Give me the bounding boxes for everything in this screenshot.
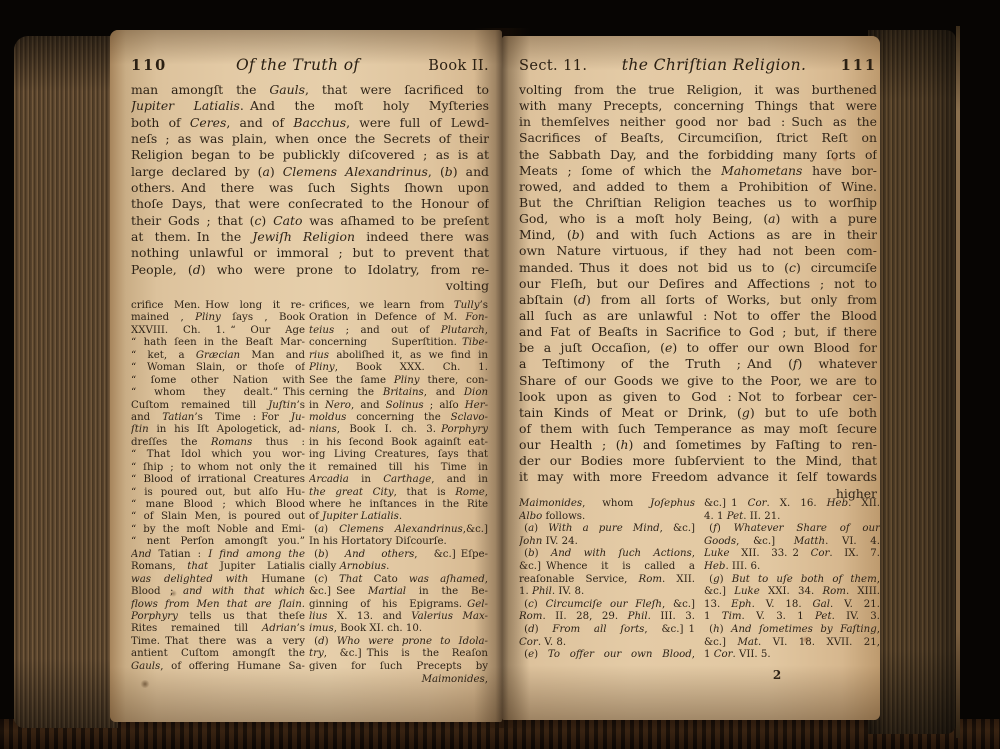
text-line: cially Arnobius.	[309, 561, 488, 573]
left-main-text: man amongſt the Gauls, that were ſacrifi…	[131, 82, 489, 278]
text-line: Romans, that Jupiter Latialis	[131, 561, 305, 573]
text-line: the great City, that is Rome,	[309, 487, 488, 499]
text-line: Share of our Goods we give to the Poor, …	[519, 373, 877, 389]
text-line: &c.] See Martial in the Be-	[309, 586, 488, 598]
text-line: in his ſecond Book againſt eat-	[309, 437, 488, 449]
text-line: imus, Book XI. ch. 10.	[309, 623, 488, 635]
text-line: all ſuch as are unlawful : Not to offer …	[519, 308, 877, 324]
text-line: nians, Book I. ch. 3. Porphyry	[309, 424, 488, 436]
text-line: (c) That Cato was aſhamed,	[309, 574, 488, 586]
text-line: own Nature virtuous, if they had not bee…	[519, 243, 877, 259]
footnote-column-2: &c.] 1 Cor. X. 16. Heb. XII.4. 1 Pet. II…	[704, 498, 880, 662]
text-line: neſs ; as was plain, when once the Secre…	[131, 131, 489, 147]
text-line: both of Ceres, and of Bacchus, were full…	[131, 115, 489, 131]
footnote-column-1: Maimonides, whom JoſephusAlbo follows. (…	[519, 498, 695, 662]
footnote-column-2: crifices, we learn from Tully’sOration i…	[309, 300, 488, 673]
text-line: 1 Tim. V. 3. 1 Pet. IV. 3.	[704, 611, 880, 624]
text-line: Goods, &c.] Matth. VI. 4.	[704, 536, 880, 549]
text-line: Blood ; and with that which	[131, 586, 305, 598]
text-line: nothing unlawful or immoral ; but to pre…	[131, 245, 489, 261]
catchword: volting	[131, 278, 489, 293]
text-line: teius ; and out of Plutarch,	[309, 325, 488, 337]
text-line: (b) And with ſuch Actions,	[519, 548, 695, 561]
text-line: their Gods ; that (c) Cato was aſhamed t…	[131, 213, 489, 229]
text-line: Arcadia in Carthage, and in	[309, 474, 488, 486]
text-line: 4. 1 Pet. II. 21.	[704, 511, 880, 524]
text-line: reaſonable Service, Rom. XII.	[519, 574, 695, 587]
text-line: (h) And ſometimes by Faſting,	[704, 624, 880, 637]
text-line: our Health ; (h) and ſometimes by Faſtin…	[519, 437, 877, 453]
text-line: Gauls, of offering Humane Sa-	[131, 661, 305, 673]
text-line: tain Kinds of Meat or Drink, (g) but to …	[519, 405, 877, 421]
text-line: “ whom they dealt.” This	[131, 387, 305, 399]
text-line: “ by the moſt Noble and Emi-	[131, 524, 305, 536]
text-line: Mind, (b) and with ſuch Actions as are i…	[519, 227, 877, 243]
text-line: volting from the true Religion, it was b…	[519, 82, 877, 98]
text-line: “ hath ſeen in the Beaſt Mar-	[131, 337, 305, 349]
text-line: dreſſes the Romans thus :	[131, 437, 305, 449]
text-line: &c.] Mat. VI. 18. XVII. 21,	[704, 637, 880, 650]
text-line: Jupiter Latialis. And the moſt holy Myſt…	[131, 98, 489, 114]
text-line: (d) Who were prone to Idola-	[309, 636, 488, 648]
text-line: Rom. II. 28, 29. Phil. III. 3.	[519, 611, 695, 624]
text-line: large declared by (a) Clemens Alexandrin…	[131, 164, 489, 180]
text-line: given for ſuch Precepts by	[309, 661, 488, 673]
text-line: in Nero, and Solinus ; alſo Her-	[309, 400, 488, 412]
text-line: “ ſhip ; to whom not only the	[131, 462, 305, 474]
text-line: Albo follows.	[519, 511, 695, 524]
text-line: “ is poured out, but alſo Hu-	[131, 487, 305, 499]
right-page: Sect. 11. the Chriſtian Religion. 111 vo…	[502, 36, 880, 720]
text-line: antient Cuſtom amongſt the	[131, 648, 305, 660]
text-line: “ That Idol which you wor-	[131, 449, 305, 461]
text-line: crifice Men. How long it re-	[131, 300, 305, 312]
book-label: Book II.	[428, 58, 489, 74]
text-line: mained , Pliny ſays , Book	[131, 312, 305, 324]
text-line: Meats ; ſome of which the Mahometans hav…	[519, 163, 877, 179]
text-line: &c.] Whence it is called a	[519, 561, 695, 574]
text-line: be a juſt Occaſion, (e) to offer our own…	[519, 340, 877, 356]
text-line: it remained till his Time in	[309, 462, 488, 474]
text-line: “ ſome other Nation with	[131, 375, 305, 387]
running-title: Of the Truth of	[236, 56, 360, 74]
text-line: Sacrifices of Beaſts, Circumciſion, ſtri…	[519, 130, 877, 146]
page-number: 111	[841, 57, 877, 74]
text-line: “ ket, a Græcian Man and	[131, 350, 305, 362]
text-line: of Jupiter Latialis.	[309, 511, 488, 523]
text-line: And Tatian : I find among the	[131, 549, 305, 561]
text-line: ing Living Creatures, ſays that	[309, 449, 488, 461]
text-line: and Fat of Beaſts in Sacrifice to God ; …	[519, 324, 877, 340]
text-line: manded. Thus it does not bid us to (c) c…	[519, 260, 877, 276]
text-line: (d) From all ſorts, &c.] 1	[519, 624, 695, 637]
text-line: 1 Cor. VII. 5.	[704, 649, 880, 662]
text-line: moldus concerning the Sclavo-	[309, 412, 488, 424]
text-line: in themſelves neither good nor bad : Suc…	[519, 114, 877, 130]
text-line: at them. In the Jewiſh Religion indeed t…	[131, 229, 489, 245]
text-line: “ of Slain Men, is poured out	[131, 511, 305, 523]
text-line: of them with ſuch Temperance as may moſt…	[519, 421, 877, 437]
text-line: man amongſt the Gauls, that were ſacrifi…	[131, 82, 489, 98]
text-line: where he inſtances in the Rite	[309, 499, 488, 511]
text-line: others. And there was ſuch Sights ſhown …	[131, 180, 489, 196]
text-line: a Teſtimony of the Truth ; And (f) whate…	[519, 356, 877, 372]
text-line: Cor. V. 8.	[519, 637, 695, 650]
text-line: Heb. III. 6.	[704, 561, 880, 574]
footnote-catchword: Maimonides,	[309, 674, 488, 685]
text-line: ſtin in his Iſt Apologetick, ad-	[131, 424, 305, 436]
table-surface	[0, 719, 1000, 749]
text-line: But the Chriſtian Religion teaches us to…	[519, 195, 877, 211]
right-page-block-edges	[868, 30, 956, 734]
text-line: Time. That there was a very	[131, 636, 305, 648]
text-line: was delighted with Humane	[131, 574, 305, 586]
text-line: concerning Superſtition. Tibe-	[309, 337, 488, 349]
text-line: der our Bodies more ſubſervient to the M…	[519, 453, 877, 469]
left-page: 110 Of the Truth of Book II. man amongſt…	[110, 30, 502, 722]
right-page-header: Sect. 11. the Chriſtian Religion. 111	[519, 56, 877, 74]
left-page-header: 110 Of the Truth of Book II.	[131, 56, 489, 74]
text-line: (g) But to uſe both of them,	[704, 574, 880, 587]
text-line: abſtain (d) from all ſorts of Works, but…	[519, 292, 877, 308]
text-line: John IV. 24.	[519, 536, 695, 549]
footnote-column-1: crifice Men. How long it re-mained , Pli…	[131, 300, 305, 673]
text-line: (f) Whatever Share of our	[704, 523, 880, 536]
text-line: In his Hortatory Diſcourſe.	[309, 536, 488, 548]
text-line: flows from Men that are ſlain.	[131, 599, 305, 611]
text-line: Cuſtom remained till Juſtin’s	[131, 400, 305, 412]
text-line: (c) Circumciſe our Fleſh, &c.]	[519, 599, 695, 612]
text-line: 1. Phil. IV. 8.	[519, 586, 695, 599]
text-line: People, (d) who were prone to Idolatry, …	[131, 262, 489, 278]
text-line: &c.] Luke XXI. 34. Rom. XIII.	[704, 586, 880, 599]
text-line: look upon as given to God : Not to forbe…	[519, 389, 877, 405]
text-line: XXVIII. Ch. 1. “ Our Age	[131, 325, 305, 337]
text-line: Porphyry tells us that theſe	[131, 611, 305, 623]
text-line: God, who is a moſt holy Being, (a) with …	[519, 211, 877, 227]
text-line: thoſe Days, that were conſecrated to the…	[131, 196, 489, 212]
stain-spot	[140, 680, 150, 688]
text-line: Religion began to be publickly diſcovere…	[131, 147, 489, 163]
text-line: Pliny, Book XXX. Ch. 1.	[309, 362, 488, 374]
text-line: “ Blood of irrational Creatures	[131, 474, 305, 486]
text-line: and Tatian’s Time : For Ju-	[131, 412, 305, 424]
text-line: “ Woman Slain, or thoſe of	[131, 362, 305, 374]
signature-mark: 2	[757, 668, 797, 682]
book-cover-edge	[956, 26, 960, 738]
text-line: try, &c.] This is the Reaſon	[309, 648, 488, 660]
text-line: Rites remained till Adrian’s	[131, 623, 305, 635]
text-line: See the ſame Pliny there, con-	[309, 375, 488, 387]
text-line: (b) And others, &c.] Eſpe-	[309, 549, 488, 561]
text-line: our Fleſh, but our Deſires and Affection…	[519, 276, 877, 292]
section-label: Sect. 11.	[519, 58, 587, 74]
left-page-block-edges	[14, 36, 118, 728]
text-line: 13. Eph. V. 18. Gal. V. 21.	[704, 599, 880, 612]
page-number: 110	[131, 57, 167, 74]
text-line: crifices, we learn from Tully’s	[309, 300, 488, 312]
text-line: &c.] 1 Cor. X. 16. Heb. XII.	[704, 498, 880, 511]
text-line: rowed, and added to them a Prohibition o…	[519, 179, 877, 195]
text-line: cerning the Britains, and Dion	[309, 387, 488, 399]
text-line: Luke XII. 33. 2 Cor. IX. 7.	[704, 548, 880, 561]
text-line: “ mane Blood ; which Blood	[131, 499, 305, 511]
text-line: “ nent Perſon amongſt you.”	[131, 536, 305, 548]
text-line: ginning of his Epigrams. Gel-	[309, 599, 488, 611]
text-line: lius X. 13. and Valerius Max-	[309, 611, 488, 623]
text-line: Oration in Defence of M. Fon-	[309, 312, 488, 324]
text-line: (a) Clemens Alexandrinus,&c.]	[309, 524, 488, 536]
text-line: it may with more Freedom advance it ſelf…	[519, 469, 877, 485]
text-line: Maimonides, whom Joſephus	[519, 498, 695, 511]
text-line: with many Precepts, concerning Things th…	[519, 98, 877, 114]
text-line: (e) To offer our own Blood,	[519, 649, 695, 662]
running-title: the Chriſtian Religion.	[622, 56, 807, 74]
text-line: (a) With a pure Mind, &c.]	[519, 523, 695, 536]
text-line: rius aboliſhed it, as we find in	[309, 350, 488, 362]
text-line: the Sabbath Day, and the forbidding many…	[519, 147, 877, 163]
right-main-text: volting from the true Religion, it was b…	[519, 82, 877, 486]
open-book-photo: 110 Of the Truth of Book II. man amongſt…	[0, 0, 1000, 749]
